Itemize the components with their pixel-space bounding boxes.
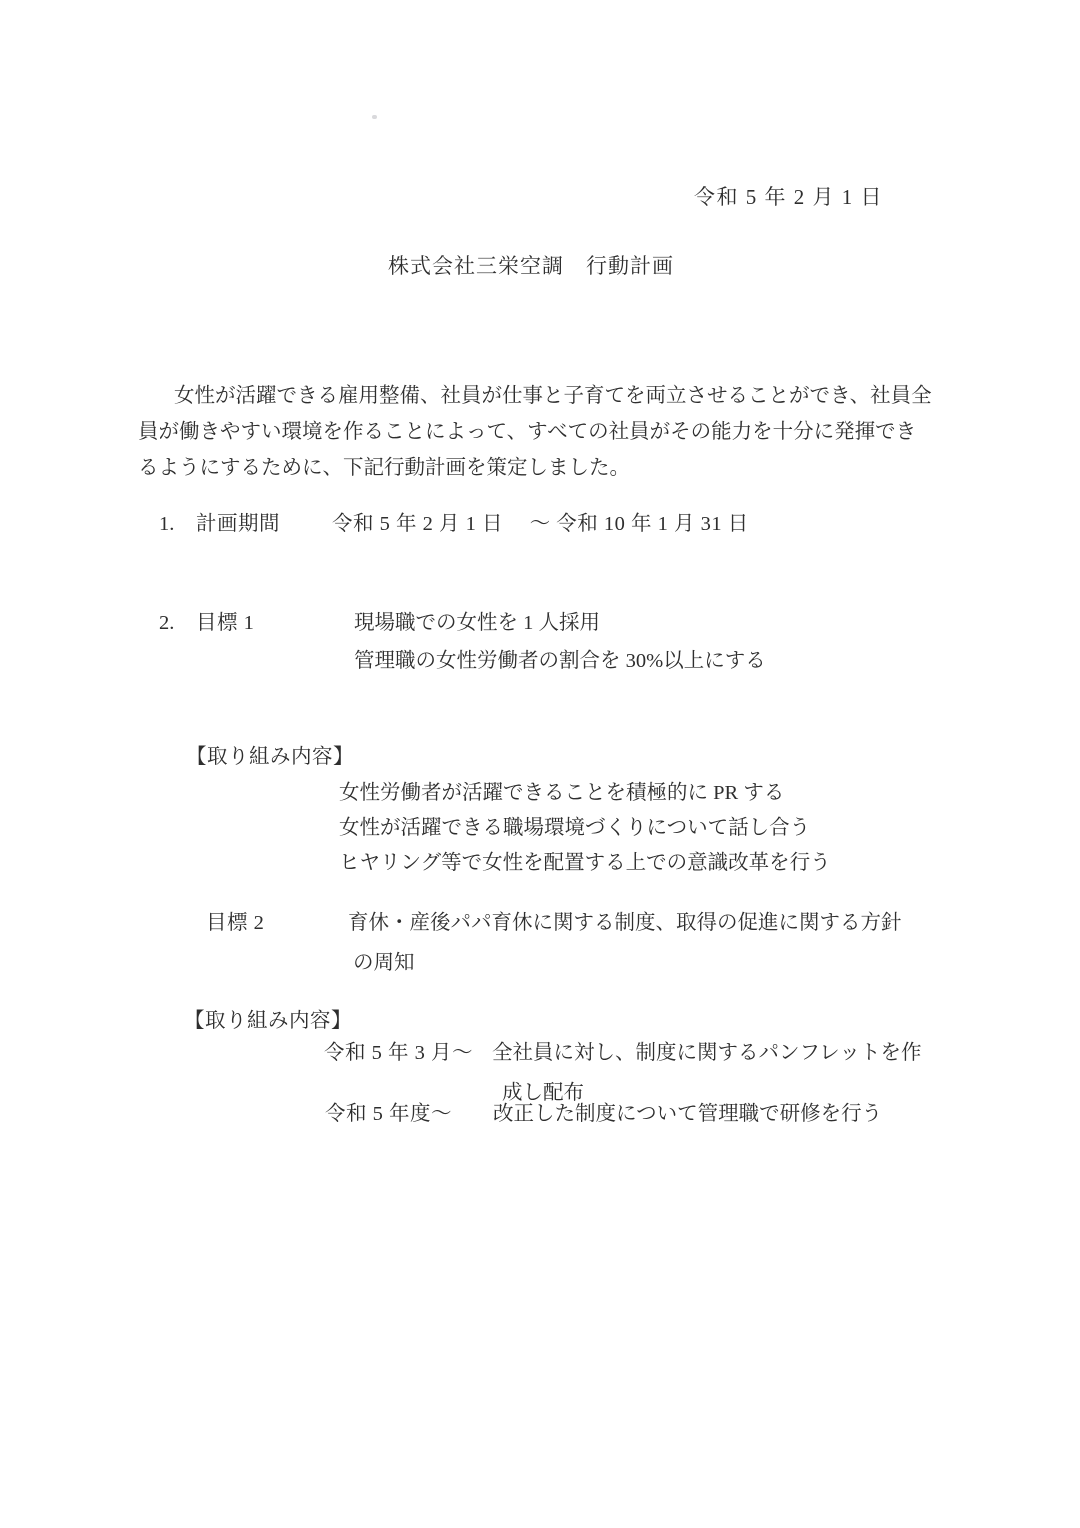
initiatives1-heading: 【取り組み内容】 <box>186 743 354 771</box>
goal1-line: 管理職の女性労働者の割合を 30%以上にする <box>354 642 1080 680</box>
document-date: 令和 5 年 2 月 1 日 <box>694 184 883 210</box>
initiatives2-row: 令和 5 年度～ 改正した制度について管理職で研修を行う <box>0 1100 1080 1128</box>
plan-period-number: 1. <box>159 510 174 538</box>
initiative-period: 令和 5 年度～ <box>325 1100 452 1128</box>
intro-paragraph: 女性が活躍できる雇用整備、社員が仕事と子育てを両立させることができ、社員全 員が… <box>138 378 932 486</box>
intro-line: るようにするために、下記行動計画を策定しました。 <box>138 450 932 486</box>
goal2-content: 育休・産後パパ育休に関する制度、取得の促進に関する方針 の周知 <box>348 903 1080 983</box>
document-page: 令和 5 年 2 月 1 日 株式会社三栄空調 行動計画 女性が活躍できる雇用整… <box>0 0 1080 1528</box>
goal1-section: 2. 目標 1 現場職での女性を 1 人採用 管理職の女性労働者の割合を 30%… <box>0 604 1080 680</box>
initiative-description-line: 改正した制度について管理職で研修を行う <box>493 1100 1080 1128</box>
document-title: 株式会社三栄空調 行動計画 <box>388 252 674 280</box>
initiative-item: 女性が活躍できる職場環境づくりについて話し合う <box>339 811 831 846</box>
goal1-number: 2. <box>159 604 174 642</box>
intro-line: 女性が活躍できる雇用整備、社員が仕事と子育てを両立させることができ、社員全 <box>138 378 932 414</box>
scan-artifact <box>372 115 377 119</box>
intro-line: 員が働きやすい環境を作ることによって、すべての社員がその能力を十分に発揮でき <box>138 414 932 450</box>
goal1-content: 現場職での女性を 1 人採用 管理職の女性労働者の割合を 30%以上にする <box>354 604 1080 680</box>
initiatives1-items: 女性労働者が活躍できることを積極的に PR する 女性が活躍できる職場環境づくり… <box>339 776 831 881</box>
goal1-line: 現場職での女性を 1 人採用 <box>354 604 1080 642</box>
goal2-line: 育休・産後パパ育休に関する制度、取得の促進に関する方針 <box>348 903 1080 943</box>
initiatives2-heading: 【取り組み内容】 <box>184 1007 352 1035</box>
initiative-item: ヒヤリング等で女性を配置する上での意識改革を行う <box>339 846 831 881</box>
goal2-label: 目標 2 <box>206 903 264 943</box>
initiative-description-line: 全社員に対し、制度に関するパンフレットを作 <box>492 1033 1080 1073</box>
plan-period-value: 令和 5 年 2 月 1 日 ～ 令和 10 年 1 月 31 日 <box>332 510 749 538</box>
plan-period-label: 計画期間 <box>196 510 280 538</box>
goal1-label: 目標 1 <box>196 604 254 642</box>
goal2-section: 目標 2 育休・産後パパ育休に関する制度、取得の促進に関する方針 の周知 <box>0 903 1080 983</box>
initiative-item: 女性労働者が活躍できることを積極的に PR する <box>339 776 831 811</box>
initiative-period: 令和 5 年 3 月～ <box>324 1033 473 1073</box>
goal2-line: の周知 <box>348 943 1080 983</box>
